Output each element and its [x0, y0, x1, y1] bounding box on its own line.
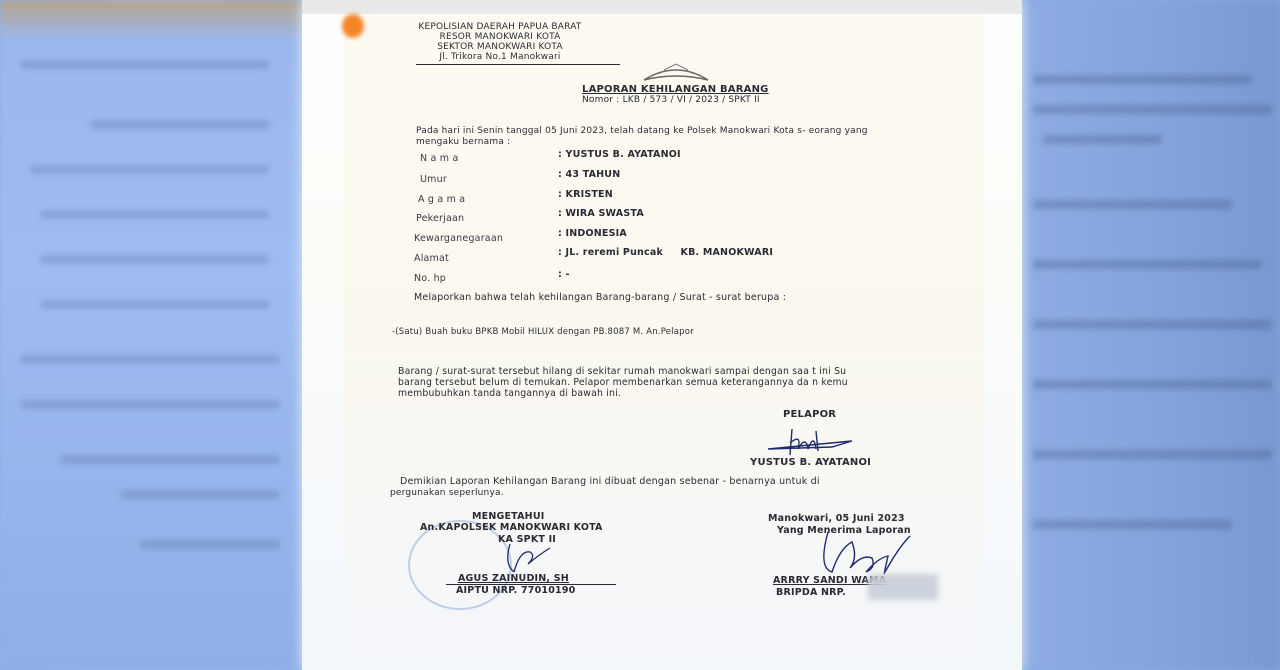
- header-line-2: RESOR MANOKWARI KOTA: [380, 32, 620, 42]
- reporter-signature-icon: [762, 425, 862, 461]
- intro-line-1: Pada hari ini Senin tanggal 05 Juni 2023…: [416, 126, 868, 136]
- field-value-nama: : YUSTUS B. AYATANOI: [558, 149, 681, 160]
- field-label-alamat: Alamat: [414, 253, 449, 264]
- officer-signature-icon: [500, 540, 560, 576]
- field-label-nama: N a m a: [420, 153, 458, 164]
- field-value-no-hp: : -: [558, 269, 570, 280]
- header-address: Jl. Trikora No.1 Manokwari: [380, 52, 620, 62]
- header-line-1: KEPOLISIAN DAERAH PAPUA BARAT: [380, 22, 620, 32]
- blurred-background-left: [0, 0, 302, 670]
- document-number: Nomor : LKB / 573 / VI / 2023 / SPKT II: [582, 95, 760, 105]
- redacted-area: [868, 574, 938, 600]
- page-top-edge: [302, 0, 1022, 14]
- officer-rank: AIPTU NRP. 77010190: [456, 585, 575, 596]
- acknowledged-office: An.KAPOLSEK MANOKWARI KOTA: [420, 522, 603, 533]
- body-line-3: membubuhkan tanda tangannya di bawah ini…: [398, 388, 621, 399]
- field-label-no-hp: No. hp: [414, 273, 446, 284]
- field-value-kewarganegaraan: : INDONESIA: [558, 228, 627, 239]
- field-label-kewarganegaraan: Kewarganegaraan: [414, 233, 503, 244]
- official-stamp: [408, 520, 512, 610]
- field-value-umur: : 43 TAHUN: [558, 169, 620, 180]
- header-line-3: SEKTOR MANOKWARI KOTA: [380, 42, 620, 52]
- body-line-2: barang tersebut belum di temukan. Pelapo…: [398, 377, 848, 388]
- acknowledged-title: MENGETAHUI: [472, 511, 544, 522]
- header-underline: [416, 64, 620, 65]
- intro-line-2: mengaku bernama :: [416, 137, 510, 147]
- lost-item: -(Satu) Buah buku BPKB Mobil HILUX denga…: [392, 327, 694, 337]
- receiver-signature-icon: [818, 528, 918, 580]
- closing-line-1: Demikian Laporan Kehilangan Barang ini d…: [400, 476, 820, 487]
- place-date: Manokwari, 05 Juni 2023: [768, 513, 905, 524]
- document-title: LAPORAN KEHILANGAN BARANG: [582, 84, 769, 95]
- blurred-background-right: [1022, 0, 1280, 670]
- field-value-pekerjaan: : WIRA SWASTA: [558, 208, 644, 219]
- report-statement: Melaporkan bahwa telah kehilangan Barang…: [414, 292, 786, 303]
- body-line-1: Barang / surat-surat tersebut hilang di …: [398, 366, 846, 377]
- field-value-alamat: : JL. reremi Puncak KB. MANOKWARI: [558, 247, 773, 258]
- closing-line-2: pergunakan seperlunya.: [390, 488, 504, 498]
- reporter-name: YUSTUS B. AYATANOI: [750, 457, 871, 468]
- police-emblem-icon: [640, 62, 712, 84]
- field-value-agama: : KRISTEN: [558, 189, 613, 200]
- field-label-umur: Umur: [420, 174, 447, 185]
- orange-mark: [342, 14, 364, 38]
- field-label-agama: A g a m a: [418, 194, 465, 205]
- receiver-rank: BRIPDA NRP.: [776, 587, 846, 598]
- reporter-title: PELAPOR: [783, 409, 836, 420]
- field-label-pekerjaan: Pekerjaan: [416, 213, 464, 224]
- officer-name: AGUS ZAINUDIN, SH: [458, 573, 569, 584]
